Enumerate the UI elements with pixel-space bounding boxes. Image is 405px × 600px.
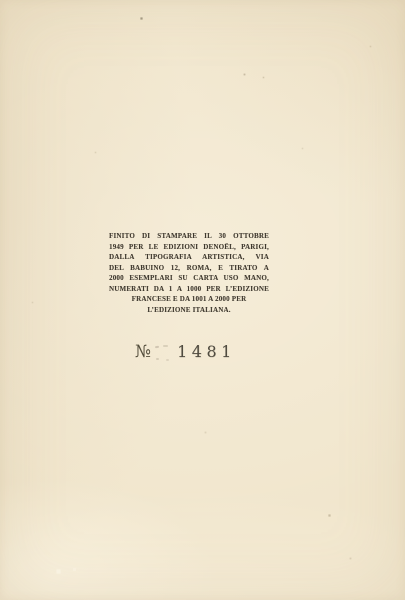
copy-number-stamp: № 1481	[135, 344, 236, 361]
stamp-smudge	[166, 359, 169, 361]
colophon-line: DALLA TIPOGRAFIA ARTISTICA, VIA	[109, 252, 269, 263]
colophon-line: FRANCESE E DA 1001 A 2000 PER	[109, 294, 269, 305]
colophon-line: DEL BABUINO 12, ROMA, E TIRATO A	[109, 263, 269, 274]
stamp-smudge	[156, 358, 159, 360]
colophon-line: L’EDIZIONE ITALIANA.	[109, 305, 269, 316]
copy-number-value: 1481	[177, 344, 236, 360]
colophon-line: FINITO DI STAMPARE IL 30 OTTOBRE	[109, 231, 269, 242]
colophon-line: 1949 PER LE EDIZIONI DENOËL, PARIGI,	[109, 242, 269, 253]
colophon-line: 2000 ESEMPLARI SU CARTA USO MANO,	[109, 273, 269, 284]
colophon-line: NUMERATI DA 1 A 1000 PER L’EDIZIONE	[109, 284, 269, 295]
colophon-text-block: FINITO DI STAMPARE IL 30 OTTOBRE 1949 PE…	[109, 231, 269, 315]
stamp-smudge	[163, 345, 168, 347]
book-page: FINITO DI STAMPARE IL 30 OTTOBRE 1949 PE…	[0, 0, 405, 600]
paper-speckles	[0, 0, 1, 1]
numero-symbol: №	[135, 344, 151, 361]
